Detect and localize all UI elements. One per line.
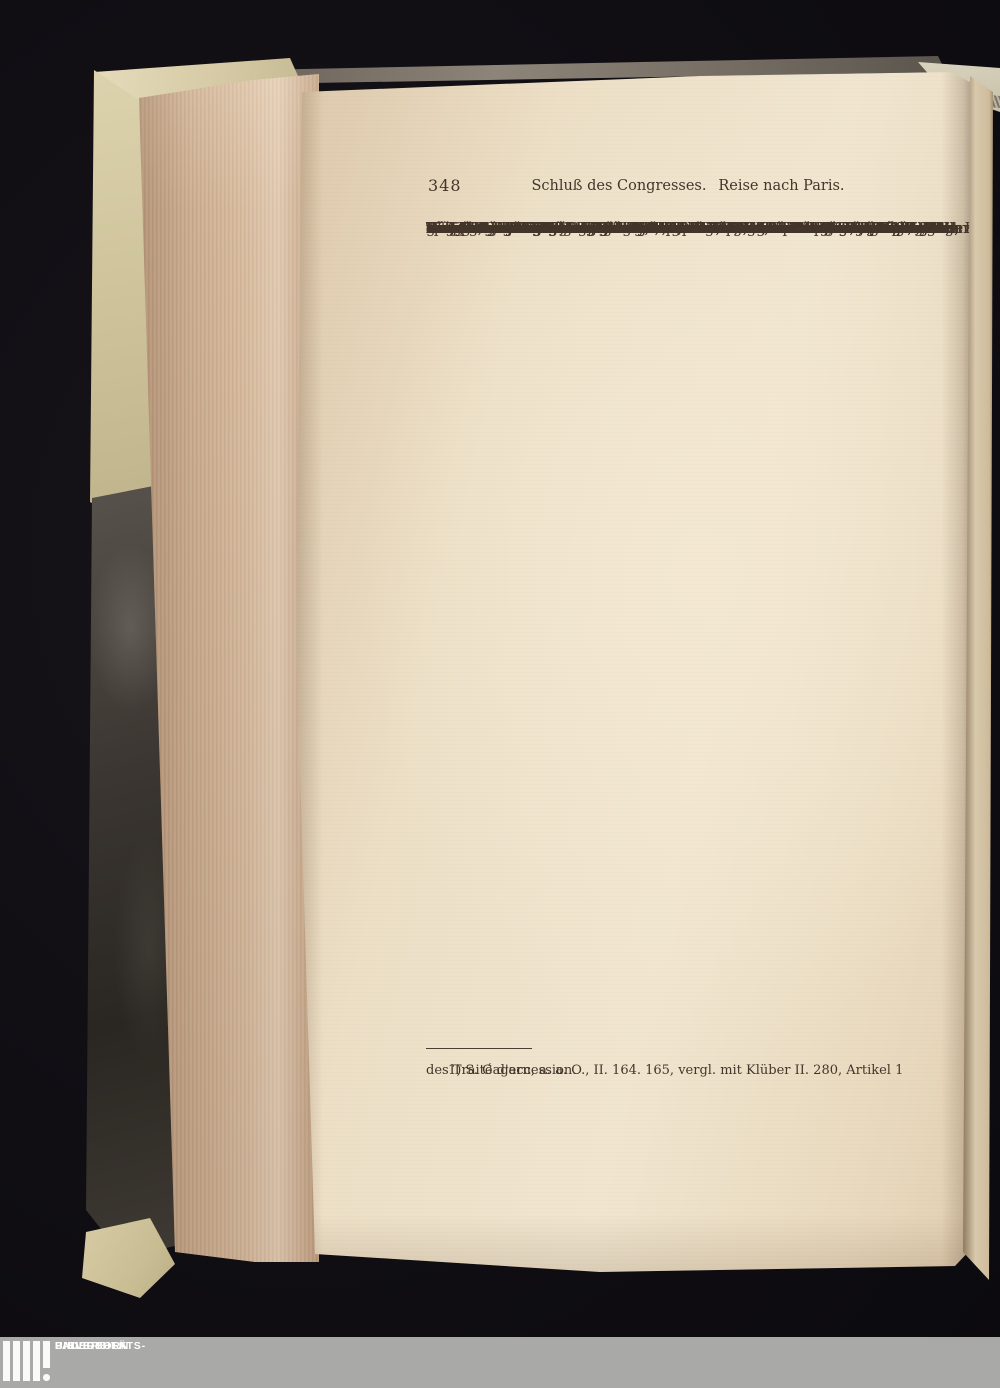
library-logo-icon	[3, 1341, 55, 1384]
scanned-book-photo: 348 Schluß des Congresses. Reise nach Pa…	[0, 0, 1000, 1388]
book-page: 348 Schluß des Congresses. Reise nach Pa…	[293, 64, 993, 1279]
library-watermark-bar: UNIVERSITÄTS- BIBLIOTHEK PADERBORN	[0, 1337, 1000, 1388]
footnote-line: des Traité d'accession.	[426, 1058, 950, 1084]
page-header: 348 Schluß des Congresses. Reise nach Pa…	[426, 176, 950, 200]
footnote-rule	[426, 1048, 532, 1049]
running-title: Schluß des Congresses. Reise nach Paris.	[426, 178, 950, 194]
page-shadow-bottom	[293, 1214, 993, 1279]
printed-area: 348 Schluß des Congresses. Reise nach Pa…	[426, 176, 950, 1176]
body-line: unterbrechen. Er durfte hoffen, daß dies…	[426, 216, 950, 240]
library-name-line3: PADERBORN	[55, 1340, 129, 1354]
